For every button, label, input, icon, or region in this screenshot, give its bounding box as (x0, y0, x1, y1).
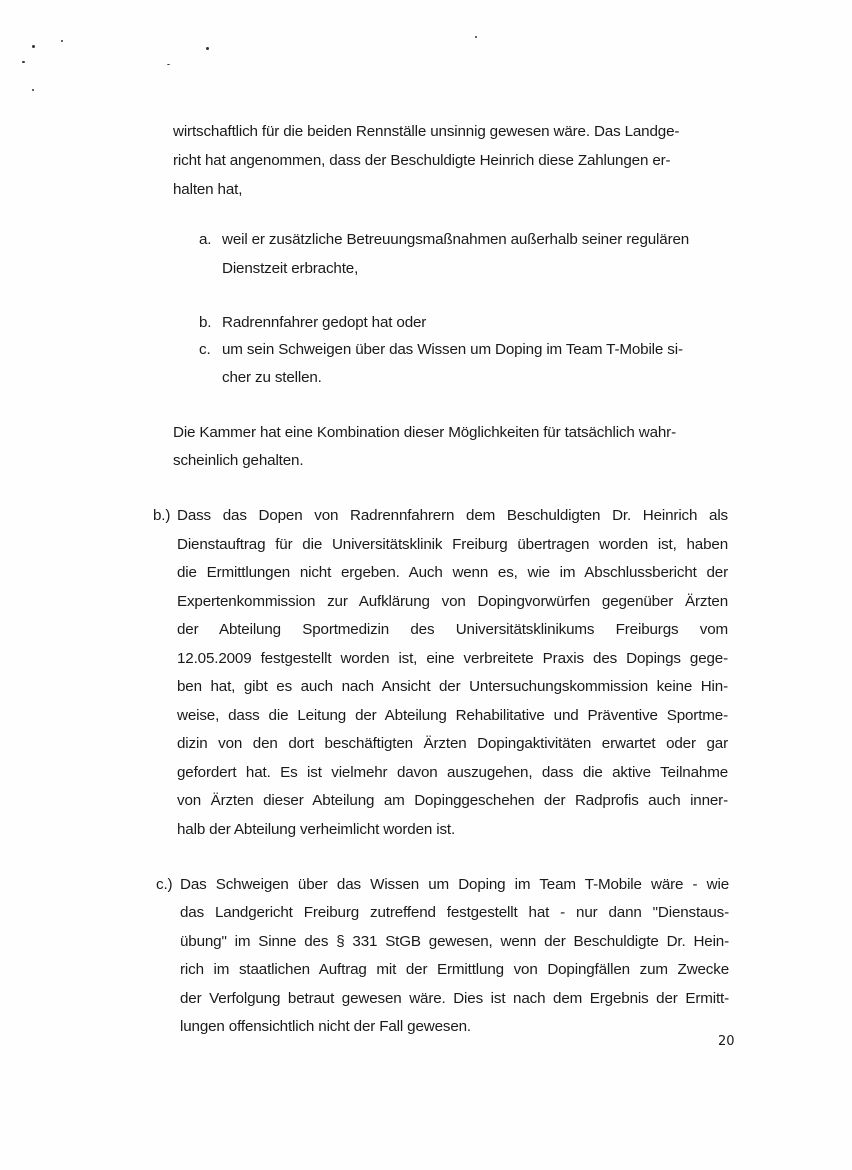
section-b-line: weise, dass die Leitung der Abteilung Re… (177, 706, 728, 726)
section-b-line: Dienstauftrag für die Universitätsklinik… (177, 535, 728, 555)
scan-speck (22, 61, 25, 63)
scanned-page: wirtschaftlich für die beiden Rennställe… (0, 0, 852, 1170)
section-b-line: der Abteilung Sportmedizin des Universit… (177, 620, 728, 640)
scan-speck (167, 64, 170, 65)
list-item-a-line: weil er zusätzliche Betreuungsmaßnahmen … (222, 230, 689, 250)
section-c-line: lungen offensichtlich nicht der Fall gew… (180, 1017, 471, 1037)
section-b-line: 12.05.2009 festgestellt worden ist, eine… (177, 649, 728, 669)
list-item-b-line: Radrennfahrer gedopt hat oder (222, 313, 426, 333)
intro-line: wirtschaftlich für die beiden Rennställe… (173, 122, 679, 142)
page-number: 20 (718, 1034, 735, 1049)
list-item-c-line: um sein Schweigen über das Wissen um Dop… (222, 340, 683, 360)
scan-speck (32, 45, 35, 48)
scan-speck (61, 40, 63, 42)
section-b-line: Dass das Dopen von Radrennfahrern dem Be… (177, 506, 728, 526)
chamber-line: scheinlich gehalten. (173, 451, 303, 471)
scan-speck (475, 36, 477, 38)
section-c-marker: c.) (156, 875, 172, 895)
section-c-line: der Verfolgung betraut gewesen wäre. Die… (180, 989, 729, 1009)
list-item-a-line: Dienstzeit erbrachte, (222, 259, 358, 279)
section-b-line: gefordert hat. Es ist vielmehr davon aus… (177, 763, 728, 783)
section-b-line: halb der Abteilung verheimlicht worden i… (177, 820, 455, 840)
section-c-line: übung" im Sinne des § 331 StGB gewesen, … (180, 932, 729, 952)
section-b-line: die Ermittlungen nicht ergeben. Auch wen… (177, 563, 728, 583)
section-c-line: das Landgericht Freiburg zutreffend fest… (180, 903, 729, 923)
section-c-line: Das Schweigen über das Wissen um Doping … (180, 875, 729, 895)
section-c-line: rich im staatlichen Auftrag mit der Ermi… (180, 960, 729, 980)
list-marker-c: c. (199, 340, 211, 360)
section-b-line: Expertenkommission zur Aufklärung von Do… (177, 592, 728, 612)
section-b-line: von Ärzten dieser Abteilung am Dopingges… (177, 791, 728, 811)
list-marker-a: a. (199, 230, 211, 250)
scan-speck (206, 47, 209, 50)
list-marker-b: b. (199, 313, 211, 333)
section-b-line: dizin von den dort beschäftigten Ärzten … (177, 734, 728, 754)
section-b-marker: b.) (153, 506, 170, 526)
intro-line: richt hat angenommen, dass der Beschuldi… (173, 151, 670, 171)
section-b-line: ben hat, gibt es auch nach Ansicht der U… (177, 677, 728, 697)
intro-line: halten hat, (173, 180, 242, 200)
chamber-line: Die Kammer hat eine Kombination dieser M… (173, 423, 676, 443)
list-item-c-line: cher zu stellen. (222, 368, 322, 388)
scan-speck (32, 89, 34, 91)
